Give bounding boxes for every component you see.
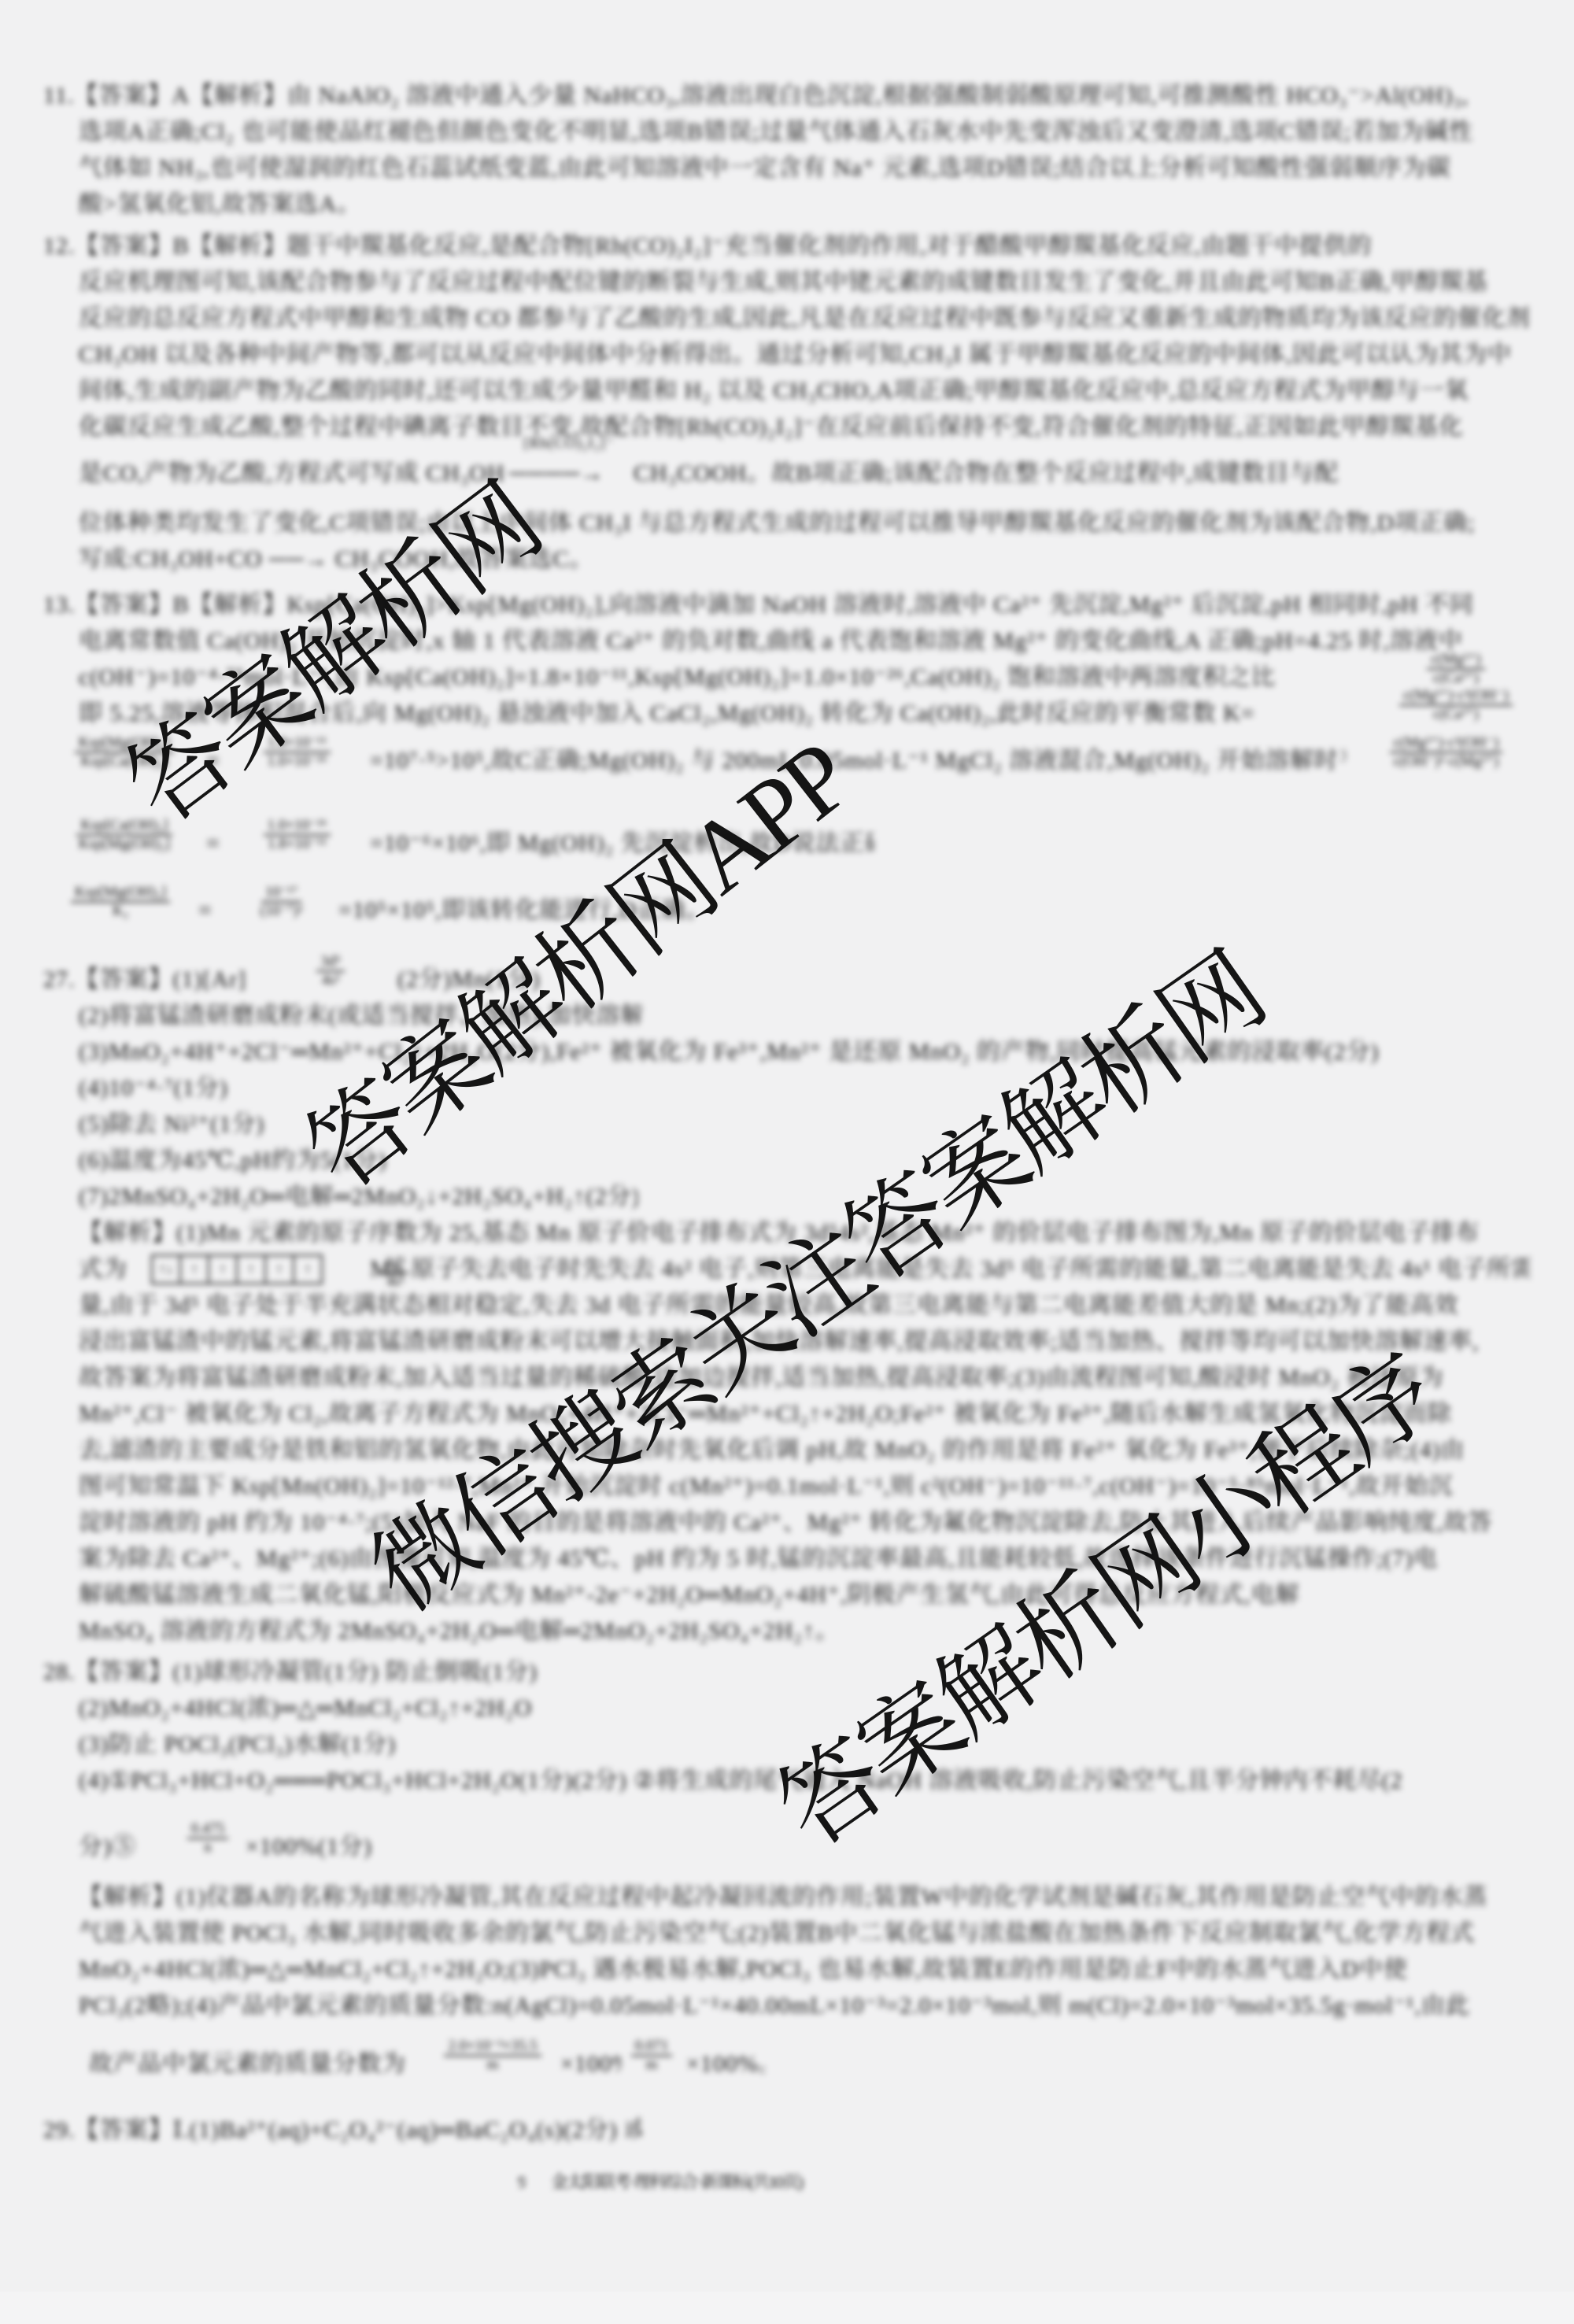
blurred-footer-row: 9 金太阳联考·理科综合·新课标(共10页) <box>0 0 1574 2324</box>
footer-page-number: 9 <box>518 2171 525 2194</box>
footer-title: 金太阳联考·理科综合·新课标(共10页) <box>551 2171 834 2194</box>
scanned-answer-page: 11.【答案】A【解析】由 NaAlO₂ 溶液中通入少量 NaHCO₃,溶液出现… <box>0 0 1574 2324</box>
